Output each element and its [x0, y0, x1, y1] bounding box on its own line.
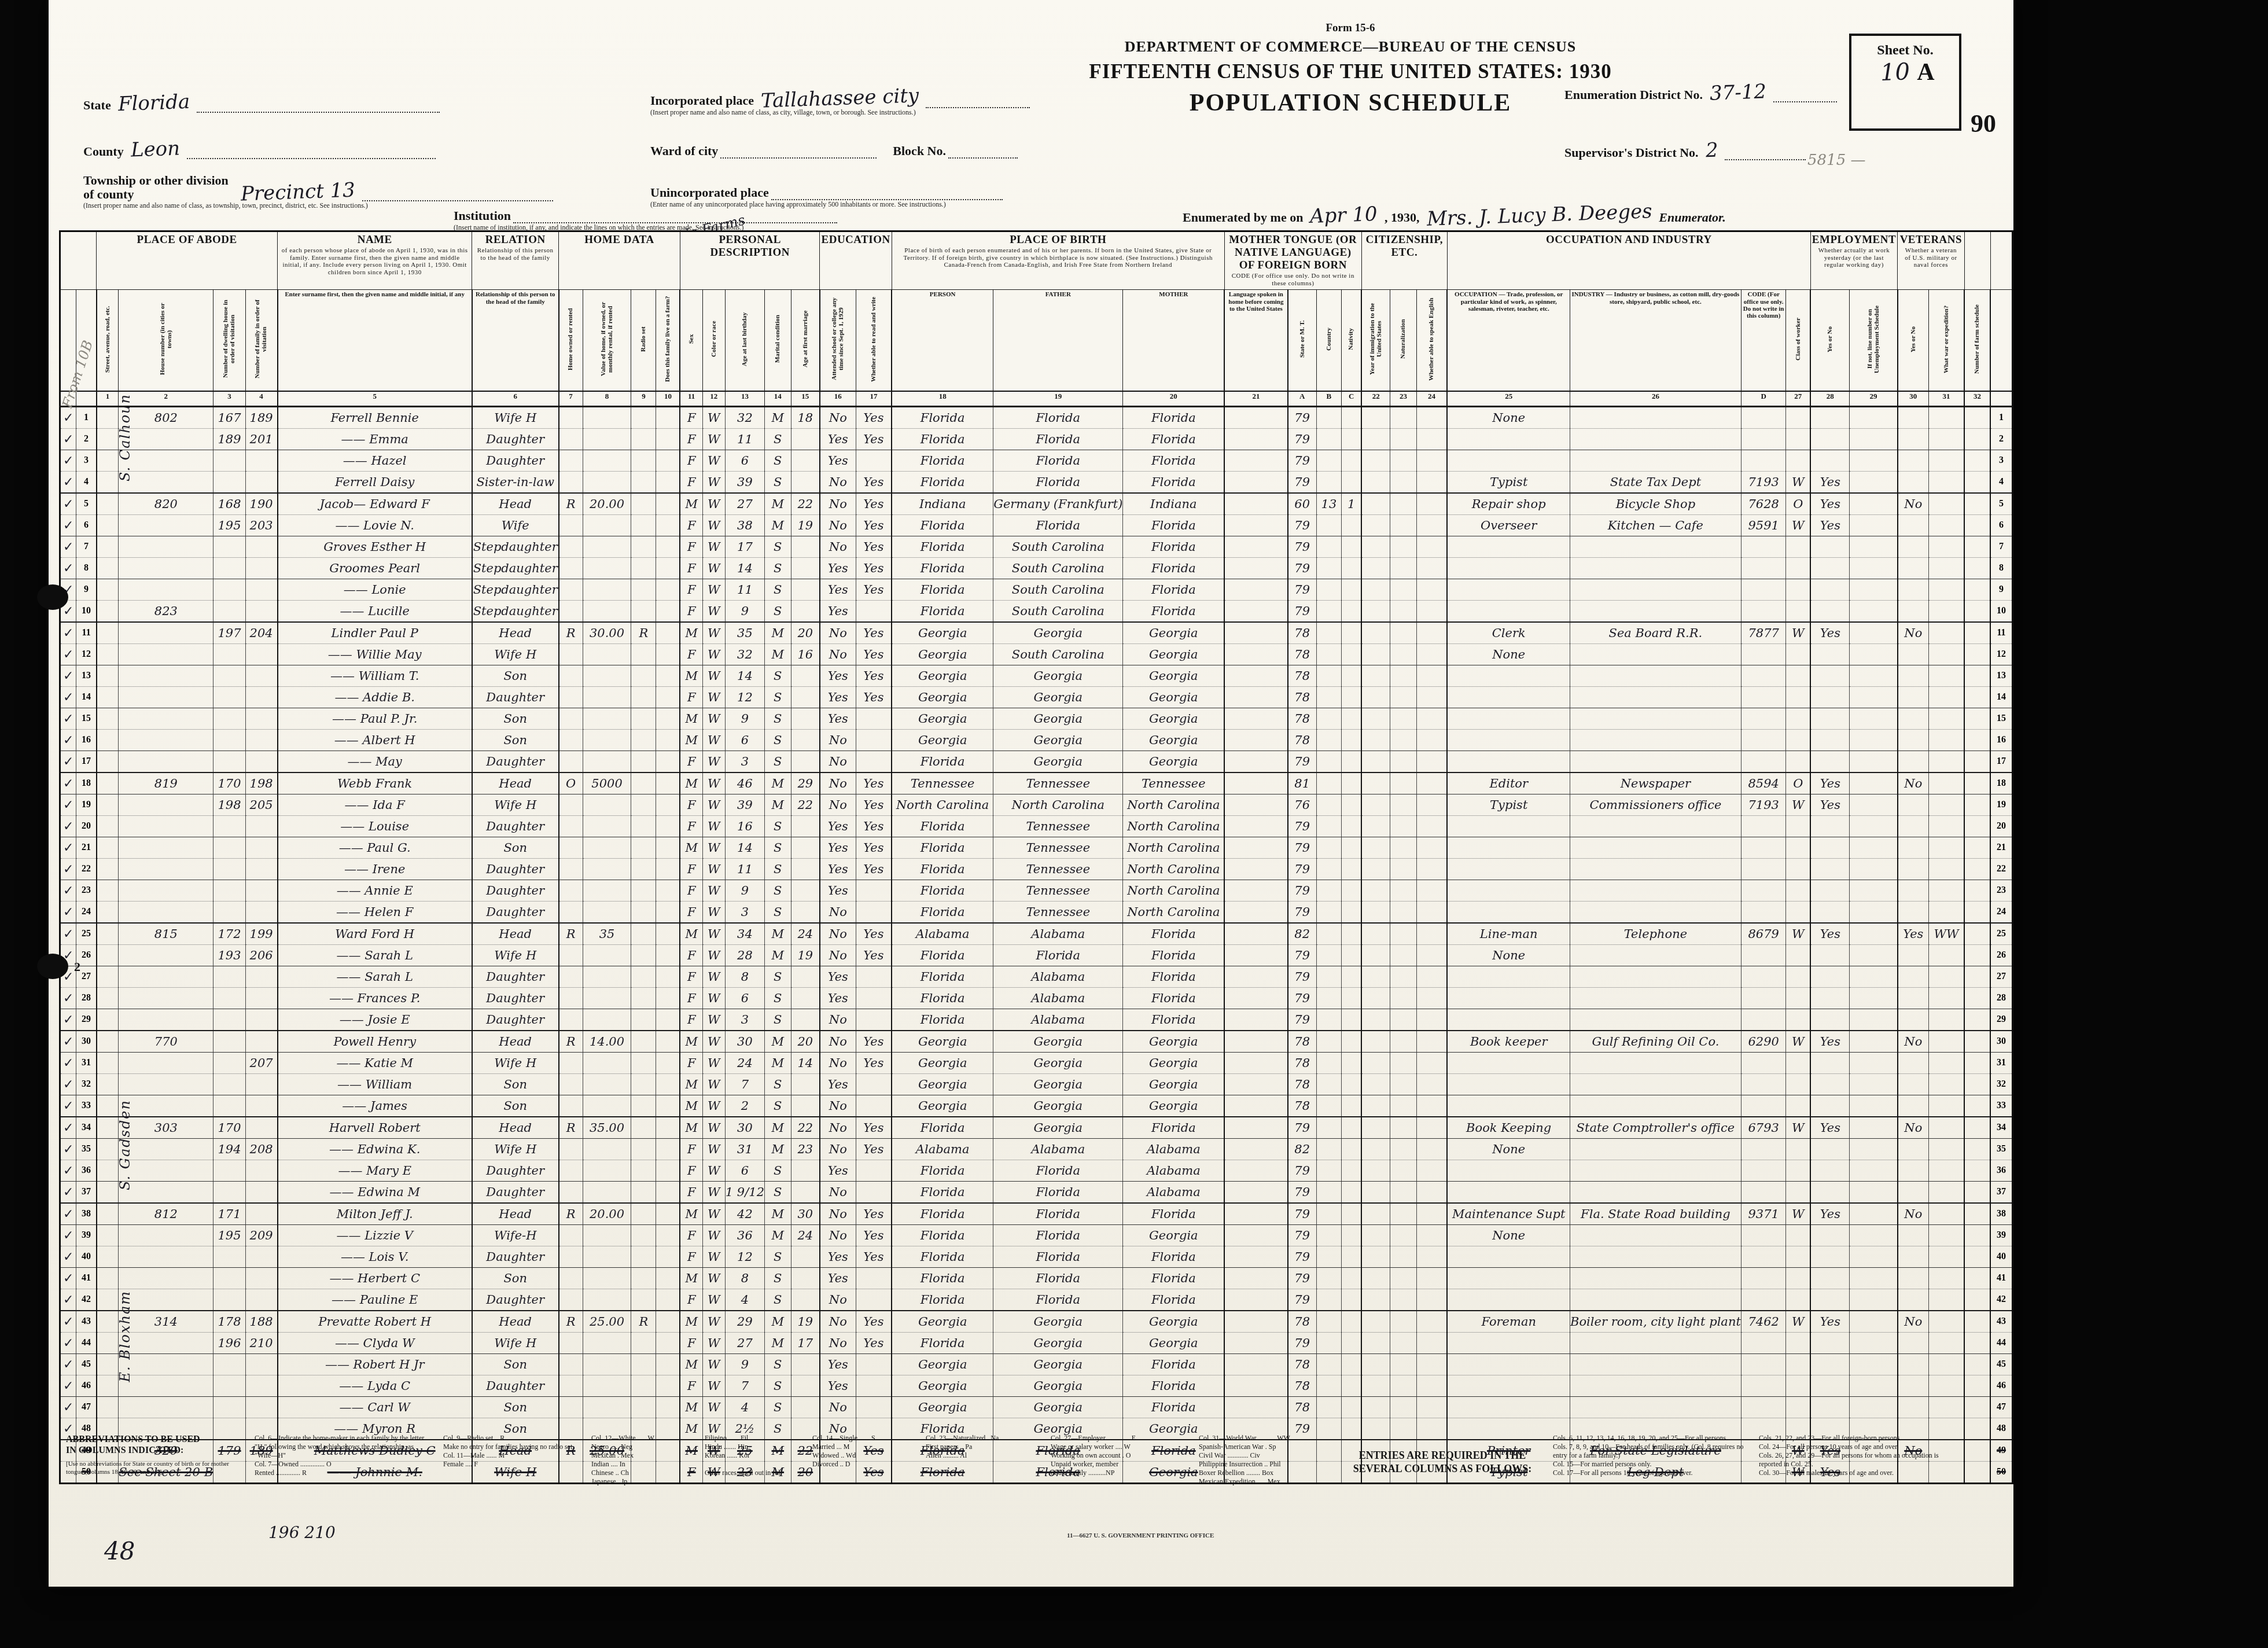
cell-ln: 24: [76, 901, 97, 923]
cell-cd: [1741, 1375, 1786, 1396]
cell-chk: ✓: [60, 729, 76, 751]
cell-occ: Book keeper: [1447, 1031, 1570, 1053]
cell-v30: [1898, 751, 1929, 772]
cell-mar: S: [765, 987, 791, 1009]
cell-f32: [1964, 1267, 1990, 1289]
cell-age: 4: [725, 1396, 764, 1418]
cell-street: [97, 858, 119, 880]
col-number-pm: 20: [1123, 391, 1224, 407]
cell-own: R: [559, 1203, 583, 1225]
cell-sch: No: [820, 1009, 856, 1031]
cell-cb: [1316, 708, 1341, 729]
cell-radio: [631, 880, 656, 901]
cell-c24: [1416, 1203, 1447, 1225]
pencil-note: 5815 —: [1807, 152, 1865, 169]
cell-f32: [1964, 772, 1990, 794]
cell-ind: [1570, 708, 1742, 729]
cell-val: [583, 579, 631, 600]
cell-mar: S: [765, 1289, 791, 1311]
cell-farm: [656, 794, 680, 815]
cell-pf: Georgia: [993, 1311, 1123, 1333]
cell-chk: ✓: [60, 923, 76, 945]
sheet-number-box: Sheet No. 10 A: [1849, 34, 1961, 131]
cell-rel: Head: [472, 923, 559, 945]
cell-cd: [1741, 1396, 1786, 1418]
cell-agem: 17: [791, 1332, 820, 1353]
cell-c24: [1416, 1353, 1447, 1375]
person-row-22: ✓22—— IreneDaughterFW11SYesYesFloridaTen…: [60, 858, 2013, 880]
cell-ln: 21: [76, 837, 97, 858]
cell-occ: None: [1447, 944, 1570, 966]
cell-c24: [1416, 1311, 1447, 1333]
cell-ca: 79: [1288, 1203, 1317, 1225]
cell-c22: [1361, 622, 1390, 644]
cell-val: [583, 686, 631, 708]
cell-dw: [213, 751, 245, 772]
cell-lang: [1224, 708, 1287, 729]
cell-pob: Georgia: [892, 729, 993, 751]
cell-cls: W: [1786, 622, 1810, 644]
cell-agem: [791, 1009, 820, 1031]
cell-name: —— Addie B.: [278, 686, 472, 708]
cell-street: [97, 1289, 119, 1311]
group-citizenship-etc-: CITIZENSHIP, ETC.: [1361, 231, 1447, 290]
cell-w29: [1850, 450, 1898, 471]
cell-val: [583, 1289, 631, 1311]
cell-ln: 29: [76, 1009, 97, 1031]
cell-race: W: [702, 643, 725, 665]
cell-agem: [791, 428, 820, 450]
col-label-pf: FATHER: [993, 290, 1123, 391]
cell-fam: 190: [245, 493, 277, 515]
cell-c22: [1361, 514, 1390, 536]
cell-age: 9: [725, 880, 764, 901]
cell-farm: [656, 450, 680, 471]
cell-cc: [1341, 1267, 1361, 1289]
cell-pf: Florida: [993, 450, 1123, 471]
cell-name: —— Edwina K.: [278, 1138, 472, 1160]
cell-race: W: [702, 557, 725, 579]
cell-rw: Yes: [856, 1203, 892, 1225]
cell-cc: [1341, 708, 1361, 729]
cell-own: [559, 1396, 583, 1418]
cell-c24: [1416, 1375, 1447, 1396]
cell-ln: 1: [76, 406, 97, 428]
cell-radio: [631, 1073, 656, 1095]
cell-cb: [1316, 643, 1341, 665]
cell-radio: [631, 493, 656, 515]
institution-field: Institution (Insert name of institution,…: [454, 207, 837, 232]
cell-val: [583, 471, 631, 493]
cell-sex: F: [680, 514, 702, 536]
cell-sch: Yes: [820, 686, 856, 708]
cell-c22: [1361, 1031, 1390, 1053]
cell-cls: [1786, 944, 1810, 966]
cell-ind: State Tax Dept: [1570, 471, 1742, 493]
census-scan-page: Form 15-6 DEPARTMENT OF COMMERCE—BUREAU …: [0, 0, 2268, 1648]
cell-sch: Yes: [820, 665, 856, 686]
cell-rln: 7: [1990, 536, 2012, 557]
cell-lang: [1224, 686, 1287, 708]
cell-cc: [1341, 751, 1361, 772]
cell-v30: [1898, 471, 1929, 493]
cell-rln: 16: [1990, 729, 2012, 751]
cell-sex: F: [680, 536, 702, 557]
cell-fam: 207: [245, 1052, 277, 1073]
cell-pm: Florida: [1123, 406, 1224, 428]
cell-c22: [1361, 1289, 1390, 1311]
cell-cls: [1786, 1353, 1810, 1375]
cell-pf: Florida: [993, 1181, 1123, 1203]
cell-rln: 50: [1990, 1461, 2012, 1483]
cell-fam: [245, 837, 277, 858]
cell-fam: [245, 1073, 277, 1095]
cell-lang: [1224, 643, 1287, 665]
cell-rw: Yes: [856, 815, 892, 837]
cell-ca: 79: [1288, 406, 1317, 428]
cell-w28: [1810, 1246, 1850, 1267]
col-number-w29: 29: [1850, 391, 1898, 407]
cell-rel: Daughter: [472, 966, 559, 987]
abbrev-col12a: Col. 12—White ..... W Negro ..... Neg Me…: [591, 1434, 690, 1487]
cell-w29: [1850, 1353, 1898, 1375]
cell-sex: F: [680, 1181, 702, 1203]
cell-lang: [1224, 579, 1287, 600]
cell-street: [97, 450, 119, 471]
cell-ind: [1570, 428, 1742, 450]
cell-cc: [1341, 406, 1361, 428]
col-number-farm: 10: [656, 391, 680, 407]
cell-race: W: [702, 686, 725, 708]
cell-ca: 79: [1288, 1246, 1317, 1267]
cell-c22: [1361, 1203, 1390, 1225]
cell-c22: [1361, 1181, 1390, 1203]
cell-agem: [791, 880, 820, 901]
cell-radio: [631, 815, 656, 837]
cell-mar: S: [765, 1073, 791, 1095]
state-value: Florida: [117, 90, 190, 116]
cell-occ: Overseer: [1447, 514, 1570, 536]
cell-agem: [791, 1396, 820, 1418]
cell-race: W: [702, 966, 725, 987]
cell-dw: [213, 1009, 245, 1031]
film-edge-right: [2016, 0, 2268, 1648]
cell-own: [559, 643, 583, 665]
cell-fam: [245, 1031, 277, 1053]
cell-c22: [1361, 1160, 1390, 1181]
cell-pm: North Carolina: [1123, 880, 1224, 901]
cell-pm: Florida: [1123, 1289, 1224, 1311]
col-label-c23: Naturalization: [1390, 290, 1416, 391]
cell-f32: [1964, 708, 1990, 729]
cell-c22: [1361, 794, 1390, 815]
cell-agem: [791, 600, 820, 622]
col-number-sex: 11: [680, 391, 702, 407]
cell-agem: [791, 536, 820, 557]
cell-c24: [1416, 1396, 1447, 1418]
cell-c23: [1390, 1332, 1416, 1353]
cell-c24: [1416, 1181, 1447, 1203]
cell-mar: M: [765, 1224, 791, 1246]
cell-lang: [1224, 901, 1287, 923]
cell-rw: Yes: [856, 772, 892, 794]
county-field: County Leon: [83, 138, 436, 159]
cell-name: —— Irene: [278, 858, 472, 880]
cell-cd: [1741, 1160, 1786, 1181]
cell-cb: [1316, 1375, 1341, 1396]
cell-val: [583, 944, 631, 966]
cell-race: W: [702, 536, 725, 557]
cell-agem: [791, 708, 820, 729]
cell-cb: [1316, 514, 1341, 536]
cell-rel: Head: [472, 1203, 559, 1225]
cell-lang: [1224, 1224, 1287, 1246]
cell-dw: [213, 1396, 245, 1418]
cell-w29: [1850, 1375, 1898, 1396]
cell-house: [119, 944, 213, 966]
cell-pob: Florida: [892, 966, 993, 987]
cell-age: 6: [725, 729, 764, 751]
cell-farm: [656, 751, 680, 772]
cell-w29: [1850, 406, 1898, 428]
cell-pf: Tennessee: [993, 837, 1123, 858]
cell-pob: Florida: [892, 1181, 993, 1203]
cell-w28: [1810, 1332, 1850, 1353]
cell-c24: [1416, 622, 1447, 644]
cell-w28: [1810, 1052, 1850, 1073]
cell-cb: [1316, 1396, 1341, 1418]
population-table: PLACE OF ABODENAMEof each person whose p…: [59, 230, 2013, 1484]
col-label-age: Age at last birthday: [725, 290, 764, 391]
cell-val: [583, 557, 631, 579]
cell-lang: [1224, 815, 1287, 837]
cell-cc: [1341, 622, 1361, 644]
cell-dw: [213, 708, 245, 729]
cell-cd: 7628: [1741, 493, 1786, 515]
cell-pf: Georgia: [993, 1095, 1123, 1117]
group-name: NAMEof each person whose place of abode …: [278, 231, 472, 290]
cell-cd: 6793: [1741, 1117, 1786, 1139]
cell-radio: [631, 944, 656, 966]
cell-farm: [656, 406, 680, 428]
cell-mar: S: [765, 665, 791, 686]
cell-v30: [1898, 686, 1929, 708]
cell-rw: Yes: [856, 944, 892, 966]
cell-radio: [631, 557, 656, 579]
cell-farm: [656, 493, 680, 515]
cell-ln: 14: [76, 686, 97, 708]
page-stamp: 90: [1971, 109, 1996, 138]
cell-rel: Daughter: [472, 987, 559, 1009]
cell-pob: Florida: [892, 557, 993, 579]
cell-name: —— Pauline E: [278, 1289, 472, 1311]
cell-fam: 209: [245, 1224, 277, 1246]
cell-farm: [656, 1311, 680, 1333]
cell-sex: M: [680, 1031, 702, 1053]
cell-house: [119, 987, 213, 1009]
cell-cls: [1786, 686, 1810, 708]
cell-c23: [1390, 837, 1416, 858]
cell-lang: [1224, 1009, 1287, 1031]
cell-pf: North Carolina: [993, 794, 1123, 815]
cell-val: 20.00: [583, 1203, 631, 1225]
cell-chk: ✓: [60, 1117, 76, 1139]
person-row-13: ✓13—— William T.SonMW14SYesYesGeorgiaGeo…: [60, 665, 2013, 686]
cell-mar: S: [765, 815, 791, 837]
cell-fam: 210: [245, 1332, 277, 1353]
cell-cd: [1741, 880, 1786, 901]
cell-race: W: [702, 944, 725, 966]
cell-c22: [1361, 1396, 1390, 1418]
col-number-mar: 14: [765, 391, 791, 407]
cell-rel: Head: [472, 1117, 559, 1139]
person-row-39: ✓39195209—— Lizzie VWife-HFW36M24NoYesFl…: [60, 1224, 2013, 1246]
cell-age: 2: [725, 1095, 764, 1117]
cell-own: [559, 1052, 583, 1073]
cell-cc: [1341, 1052, 1361, 1073]
cell-cb: [1316, 751, 1341, 772]
cell-rln: 1: [1990, 406, 2012, 428]
cell-cls: [1786, 880, 1810, 901]
cell-pob: Florida: [892, 514, 993, 536]
cell-val: 35.00: [583, 1117, 631, 1139]
cell-sex: F: [680, 858, 702, 880]
cell-c22: [1361, 837, 1390, 858]
cell-v31: [1928, 622, 1964, 644]
cell-radio: [631, 772, 656, 794]
cell-pf: Florida: [993, 471, 1123, 493]
person-row-33: ✓33—— JamesSonMW2SNoGeorgiaGeorgiaGeorgi…: [60, 1095, 2013, 1117]
cell-radio: [631, 1267, 656, 1289]
cell-cd: [1741, 987, 1786, 1009]
cell-sex: F: [680, 428, 702, 450]
cell-f32: [1964, 1289, 1990, 1311]
cell-mar: S: [765, 471, 791, 493]
cell-ind: [1570, 1052, 1742, 1073]
cell-fam: [245, 1117, 277, 1139]
cell-sex: M: [680, 1396, 702, 1418]
cell-own: R: [559, 923, 583, 945]
cell-race: W: [702, 1181, 725, 1203]
cell-fam: [245, 1353, 277, 1375]
cell-house: [119, 751, 213, 772]
cell-radio: R: [631, 622, 656, 644]
cell-own: [559, 1375, 583, 1396]
cell-pob: Georgia: [892, 1052, 993, 1073]
cell-dw: [213, 471, 245, 493]
cell-name: —— Katie M: [278, 1052, 472, 1073]
cell-pob: Florida: [892, 1224, 993, 1246]
cell-v30: [1898, 987, 1929, 1009]
cell-lang: [1224, 557, 1287, 579]
cell-street: [97, 1009, 119, 1031]
cell-name: —— Lois V.: [278, 1246, 472, 1267]
cell-ln: 42: [76, 1289, 97, 1311]
cell-street: [97, 1396, 119, 1418]
cell-dw: [213, 1246, 245, 1267]
cell-farm: [656, 1396, 680, 1418]
cell-cc: [1341, 514, 1361, 536]
cell-own: [559, 1289, 583, 1311]
cell-rln: 27: [1990, 966, 2012, 987]
cell-rln: 4: [1990, 471, 2012, 493]
cell-ca: 79: [1288, 1181, 1317, 1203]
cell-rln: 12: [1990, 643, 2012, 665]
cell-radio: [631, 858, 656, 880]
cell-w28: [1810, 1224, 1850, 1246]
cell-dw: 195: [213, 1224, 245, 1246]
cell-cc: [1341, 858, 1361, 880]
cell-mar: S: [765, 428, 791, 450]
cell-ln: 11: [76, 622, 97, 644]
col-number-cb: B: [1316, 391, 1341, 407]
cell-sch: Yes: [820, 1267, 856, 1289]
cell-own: [559, 901, 583, 923]
cell-val: [583, 987, 631, 1009]
cell-own: [559, 815, 583, 837]
cell-agem: 19: [791, 514, 820, 536]
cell-sch: No: [820, 406, 856, 428]
col-label-cc: Nativity: [1341, 290, 1361, 391]
cell-ln: 30: [76, 1031, 97, 1053]
cell-c23: [1390, 600, 1416, 622]
col-number-rw: 17: [856, 391, 892, 407]
cell-rel: Daughter: [472, 428, 559, 450]
cell-street: [97, 514, 119, 536]
cell-rw: Yes: [856, 557, 892, 579]
cell-street: [97, 944, 119, 966]
cell-w29: [1850, 1052, 1898, 1073]
cell-c24: [1416, 944, 1447, 966]
cell-race: W: [702, 1052, 725, 1073]
cell-v30: No: [1898, 622, 1929, 644]
cell-own: [559, 428, 583, 450]
col-label-occ: OCCUPATION — Trade, profession, or parti…: [1447, 290, 1570, 391]
cell-val: 25.00: [583, 1311, 631, 1333]
cell-pob: Florida: [892, 536, 993, 557]
cell-radio: [631, 708, 656, 729]
cell-pm: Florida: [1123, 1009, 1224, 1031]
col-label-pob: PERSON: [892, 290, 993, 391]
cell-street: [97, 1095, 119, 1117]
cell-ind: Commissioners office: [1570, 794, 1742, 815]
cell-cb: [1316, 471, 1341, 493]
cell-v30: [1898, 794, 1929, 815]
cell-dw: 197: [213, 622, 245, 644]
cell-mar: S: [765, 1267, 791, 1289]
cell-lang: [1224, 1203, 1287, 1225]
cell-lang: [1224, 536, 1287, 557]
cell-cd: [1741, 536, 1786, 557]
cell-cb: 13: [1316, 493, 1341, 515]
cell-lang: [1224, 471, 1287, 493]
cell-ln: 9: [76, 579, 97, 600]
cell-chk: ✓: [60, 1289, 76, 1311]
cell-own: [559, 880, 583, 901]
cell-c22: [1361, 1117, 1390, 1139]
cell-w29: [1850, 622, 1898, 644]
cell-race: W: [702, 406, 725, 428]
cell-cc: [1341, 1353, 1361, 1375]
cell-farm: [656, 428, 680, 450]
cell-rel: Daughter: [472, 1181, 559, 1203]
cell-rln: 5: [1990, 493, 2012, 515]
cell-ind: [1570, 1396, 1742, 1418]
cell-ln: 34: [76, 1117, 97, 1139]
col-label-name: Enter surname first, then the given name…: [278, 290, 472, 391]
cell-lang: [1224, 794, 1287, 815]
cell-cc: [1341, 772, 1361, 794]
